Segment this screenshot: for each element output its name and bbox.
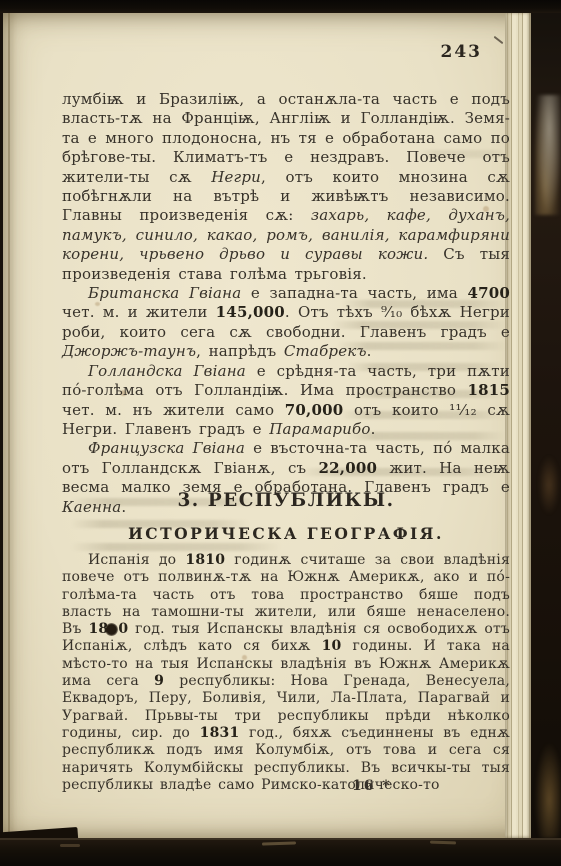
photo-border-left [0, 0, 3, 866]
text-run: Французска Гвіана [88, 439, 245, 457]
cover-wear-fleck [262, 841, 296, 845]
text-run: . [371, 420, 376, 438]
text-run: Испанія до [88, 552, 185, 568]
text-run: 145,000 [216, 303, 285, 321]
section-heading: 3. РЕСПУБЛИКЫ. [62, 490, 510, 511]
cover-wear-patch [538, 455, 560, 515]
paragraph: Британска Гвіана е западна-та часть, има… [62, 284, 510, 362]
paragraph: Голландска Гвіана е срѣдня-та часть, три… [62, 362, 510, 440]
text-run: Британска Гвіана [88, 284, 241, 302]
body-text-top: лумбіѭ и Бразиліѭ, а останѫла-та часть е… [62, 90, 510, 517]
text-run: 2 [108, 621, 118, 637]
signature-mark: 16 * [352, 778, 392, 794]
bleed-through-stain [70, 543, 282, 551]
book-page-photo: 243 лумбіѭ и Бразиліѭ, а останѫла-та час… [0, 0, 561, 866]
text-run: 4700 [467, 284, 510, 302]
text-run: 0 [118, 621, 128, 637]
book-cover-edge [531, 0, 561, 866]
cover-wear-patch [535, 95, 561, 215]
text-run: Джоржъ-таунъ [62, 342, 196, 360]
text-run: чет. м. и жители [62, 303, 216, 321]
text-run: Парамарибо [269, 420, 370, 438]
text-run: 1810 [185, 552, 225, 568]
page-number: 243 [62, 42, 482, 62]
text-run: 9 [154, 673, 164, 689]
text-run: . [367, 342, 372, 360]
text-run: , напрѣдъ [196, 342, 284, 360]
paragraph: Испанія до 1810 годинѫ считаше за свои в… [62, 552, 510, 794]
text-run: чет. м. нъ жители само [62, 401, 285, 419]
text-run: 22,000 [319, 459, 378, 477]
text-run: 1831 [200, 725, 240, 741]
text-run: 70,000 [285, 401, 344, 419]
text-run: Негри [211, 168, 261, 186]
text-run: 1815 [467, 381, 510, 399]
cover-wear-fleck [430, 841, 456, 845]
cover-wear-patch [535, 743, 561, 838]
body-text-bottom: Испанія до 1810 годинѫ считаше за свои в… [62, 552, 510, 794]
text-run: 10 [322, 638, 342, 654]
section-headings: 3. РЕСПУБЛИКЫ. ИСТОРИЧЕСКА ГЕОГРАФІЯ. [62, 490, 510, 543]
text-run: Голландска Гвіана [88, 362, 246, 380]
cover-wear-fleck [60, 844, 80, 847]
photo-border-bottom [0, 838, 561, 866]
text-run: Стабрекъ [284, 342, 367, 360]
section-subheading: ИСТОРИЧЕСКА ГЕОГРАФІЯ. [62, 524, 510, 543]
photo-border-top [0, 0, 561, 13]
paragraph: лумбіѭ и Бразиліѭ, а останѫла-та часть е… [62, 90, 510, 284]
text-run: е западна-та часть, има [241, 284, 467, 302]
